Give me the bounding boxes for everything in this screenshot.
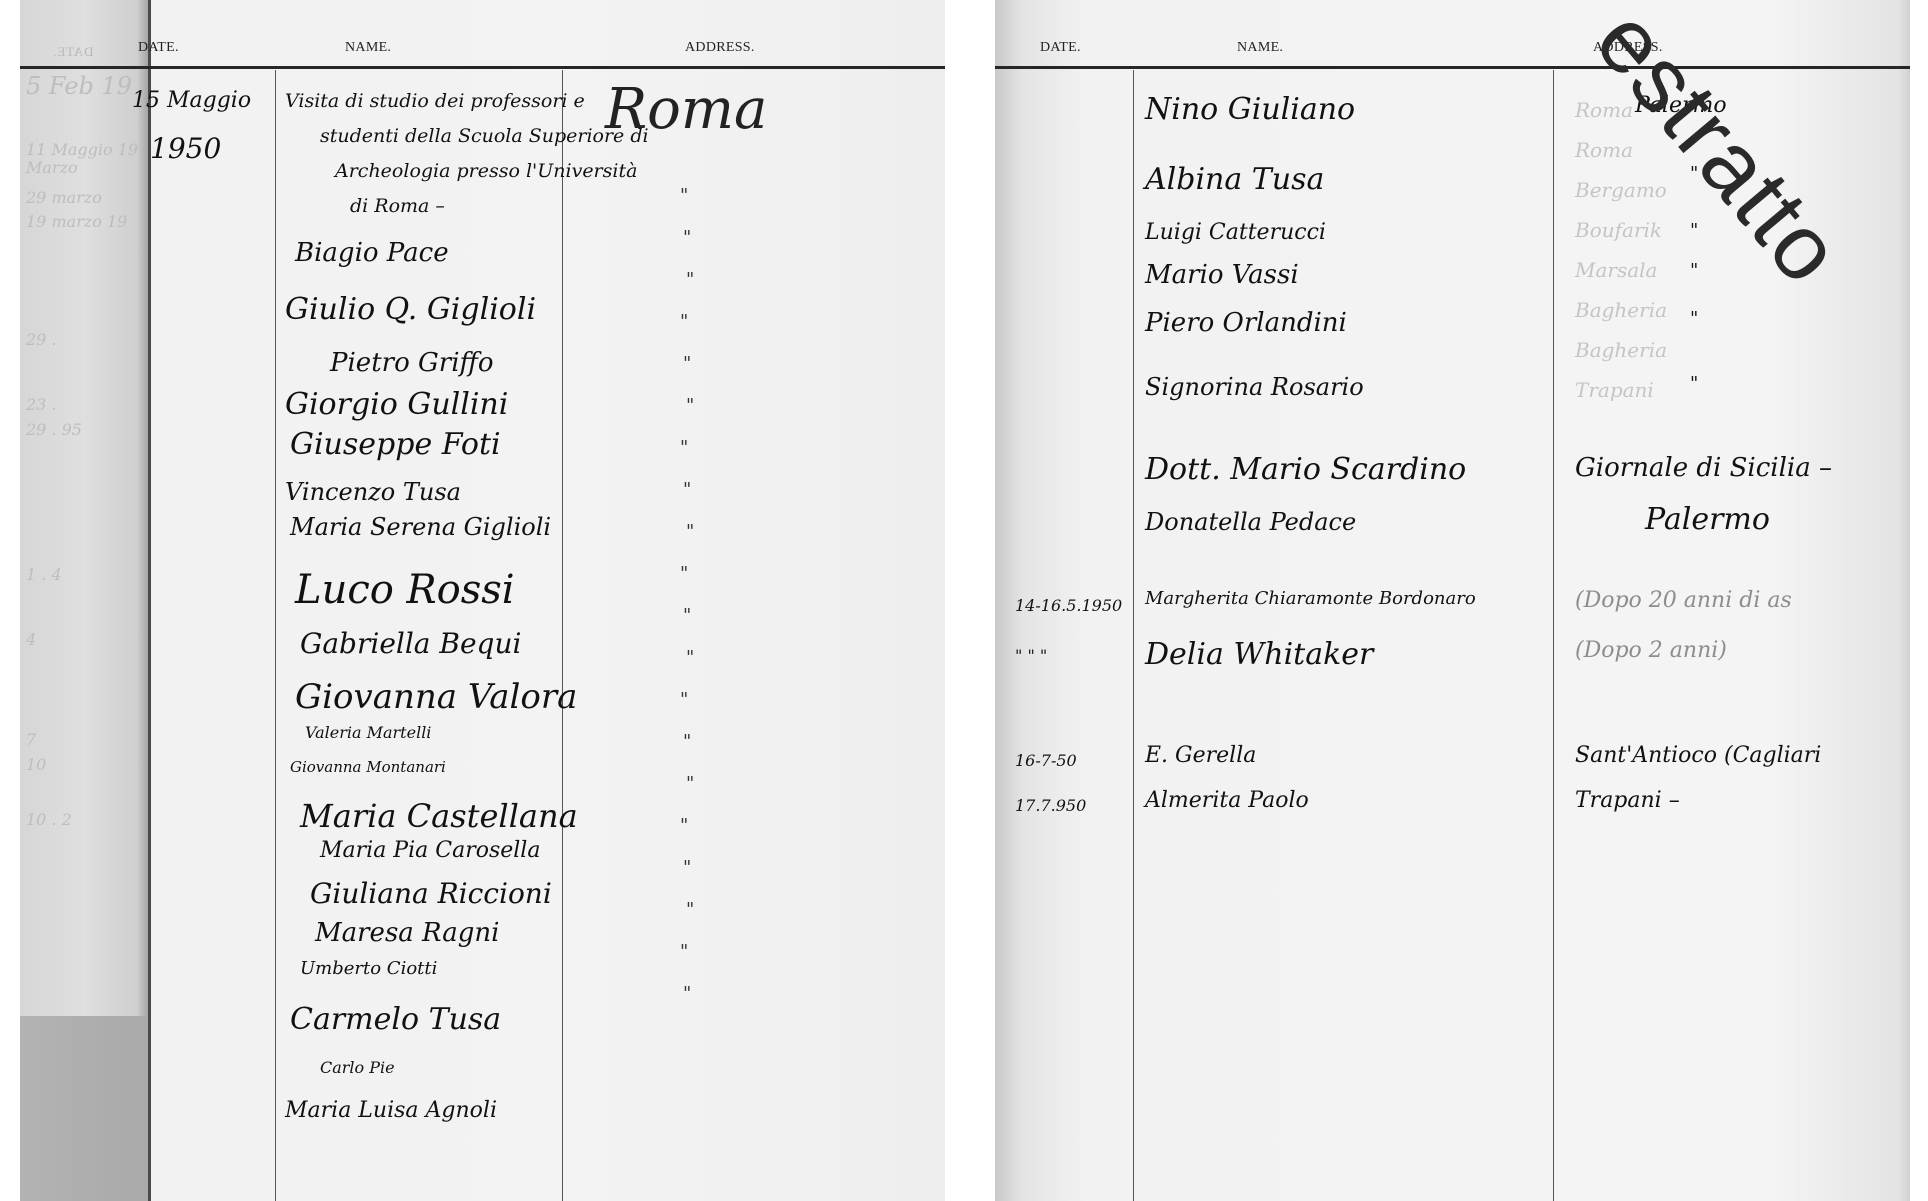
entry-name: Mario Vassi — [1145, 262, 1299, 288]
entry-address: " — [1690, 375, 1698, 393]
entry-date-day: 15 Maggio — [132, 90, 251, 112]
binding-strip: DATE. 5 Feb 1911 Maggio 19Marzo29 marzo1… — [20, 0, 150, 1201]
signature: Giovanna Valora — [295, 680, 577, 714]
column-rule-name — [1553, 70, 1554, 1201]
entry-address: Sant'Antioco (Cagliari — [1575, 745, 1821, 767]
ghost-entry: 4 — [26, 630, 36, 649]
entry-name: Nino Giuliano — [1145, 95, 1355, 125]
entry-date: 14-16.5.1950 — [1015, 598, 1122, 614]
signature: Giuseppe Foti — [290, 430, 501, 460]
ditto-mark: " — [683, 731, 691, 752]
signature: Giuliana Riccioni — [310, 880, 552, 908]
entry-name: Margherita Chiaramonte Bordonaro — [1145, 590, 1476, 608]
column-rule-name — [562, 70, 563, 1201]
column-rule-date — [275, 70, 276, 1201]
note-line: Archeologia presso l'Università — [335, 162, 637, 181]
entry-name: Delia Whitaker — [1145, 640, 1373, 670]
bleedthrough-text: Bagheria — [1575, 300, 1667, 320]
entry-address: " — [1690, 310, 1698, 328]
signature: Maria Serena Giglioli — [290, 515, 551, 539]
signature: Maria Pia Carosella — [320, 840, 540, 862]
ghost-entry: 29 . 95 — [26, 420, 82, 439]
ditto-mark: " — [683, 983, 691, 1004]
entry-address: (Dopo 20 anni di as — [1575, 590, 1792, 612]
entry-date: 17.7.950 — [1015, 798, 1086, 814]
bleedthrough-text: Roma — [1575, 140, 1633, 160]
ghost-date-header: DATE. — [52, 44, 93, 60]
binding-rule — [148, 0, 151, 1201]
binding-shadow — [20, 1016, 150, 1201]
entry-name: Almerita Paolo — [1145, 790, 1309, 812]
signature: Pietro Griffo — [330, 350, 494, 376]
signature: Biagio Pace — [295, 240, 449, 266]
bleedthrough-text: Bergamo — [1575, 180, 1667, 200]
address-roma: Roma — [605, 82, 767, 138]
entry-address: Trapani – — [1575, 790, 1680, 812]
ditto-mark: " — [686, 773, 694, 794]
ditto-mark: " — [683, 227, 691, 248]
entry-date: " " " — [1015, 648, 1047, 664]
bleedthrough-text: Boufarik — [1575, 220, 1662, 240]
signature: Carlo Pie — [320, 1060, 395, 1076]
entry-name: Donatella Pedace — [1145, 510, 1356, 534]
entry-name: Luigi Catterucci — [1145, 222, 1326, 244]
ghost-entry: 29 . — [26, 330, 57, 349]
ditto-mark: " — [680, 815, 688, 836]
ditto-mark: " — [686, 269, 694, 290]
entry-address: " — [1690, 262, 1698, 280]
entry-name: E. Gerella — [1145, 745, 1256, 767]
signature: Umberto Ciotti — [300, 960, 437, 978]
entry-name: Dott. Mario Scardino — [1145, 455, 1466, 485]
ditto-mark: " — [686, 395, 694, 416]
ghost-entry: 29 marzo — [26, 188, 102, 207]
header-rule — [20, 66, 945, 69]
ghost-entry: 11 Maggio 19 — [26, 140, 138, 159]
header-name: NAME. — [345, 40, 391, 56]
note-line: studenti della Scuola Superiore di — [320, 127, 649, 146]
ditto-mark: " — [680, 941, 688, 962]
header-address: ADDRESS. — [685, 40, 755, 56]
ditto-mark: " — [683, 479, 691, 500]
entry-name: Piero Orlandini — [1145, 310, 1347, 336]
signature: Maria Castellana — [300, 800, 578, 832]
ditto-mark: " — [683, 353, 691, 374]
ditto-mark: " — [680, 185, 688, 206]
ditto-mark: " — [680, 563, 688, 584]
header-date: DATE. — [138, 40, 179, 56]
column-rule-date — [1133, 70, 1134, 1201]
entry-date: 16-7-50 — [1015, 753, 1077, 769]
ghost-entry: 19 marzo 19 — [26, 212, 127, 231]
ghost-entry: 1 . 4 — [26, 565, 62, 584]
bleedthrough-text: Bagheria — [1575, 340, 1667, 360]
ditto-mark: " — [683, 857, 691, 878]
ghost-entry: 10 . 2 — [26, 810, 72, 829]
header-rule — [995, 66, 1910, 69]
note-line: di Roma – — [350, 197, 445, 216]
entry-name: Signorina Rosario — [1145, 375, 1364, 399]
signature: Giovanna Montanari — [290, 760, 446, 775]
ditto-mark: " — [680, 311, 688, 332]
ditto-mark: " — [686, 899, 694, 920]
entry-address: (Dopo 2 anni) — [1575, 640, 1727, 662]
bleedthrough-text: Trapani — [1575, 380, 1654, 400]
header-date: DATE. — [1040, 40, 1081, 56]
signature: Carmelo Tusa — [290, 1005, 501, 1035]
signature: Vincenzo Tusa — [285, 480, 461, 504]
entry-date-year: 1950 — [150, 135, 221, 163]
note-line: Visita di studio dei professori e — [285, 92, 585, 111]
ghost-entry: 23 . — [26, 395, 57, 414]
signature: Maresa Ragni — [315, 920, 499, 946]
ditto-mark: " — [686, 647, 694, 668]
ghost-entry: 5 Feb 19 — [26, 72, 132, 100]
ditto-mark: " — [680, 689, 688, 710]
signature: Gabriella Bequi — [300, 630, 521, 658]
signature: Giorgio Gullini — [285, 390, 508, 420]
entry-address: Palermo — [1645, 505, 1770, 535]
signature: Valeria Martelli — [305, 725, 431, 741]
ghost-entry: 10 — [26, 755, 46, 774]
entry-address: " — [1690, 222, 1698, 240]
bleedthrough-text: Marsala — [1575, 260, 1657, 280]
ditto-mark: " — [683, 605, 691, 626]
page-edge-shadow — [1898, 0, 1910, 1201]
signature: Maria Luisa Agnoli — [285, 1100, 497, 1122]
entry-name: Albina Tusa — [1145, 165, 1324, 195]
ghost-entry: 7 — [26, 730, 36, 749]
header-name: NAME. — [1237, 40, 1283, 56]
entry-address: Giornale di Sicilia – — [1575, 455, 1832, 481]
signature: Giulio Q. Giglioli — [285, 295, 536, 325]
signature: Luco Rossi — [295, 570, 515, 610]
ditto-mark: " — [686, 521, 694, 542]
ghost-entry: Marzo — [26, 158, 78, 177]
register-page-left: DATE. 5 Feb 1911 Maggio 19Marzo29 marzo1… — [20, 0, 945, 1201]
ditto-mark: " — [680, 437, 688, 458]
